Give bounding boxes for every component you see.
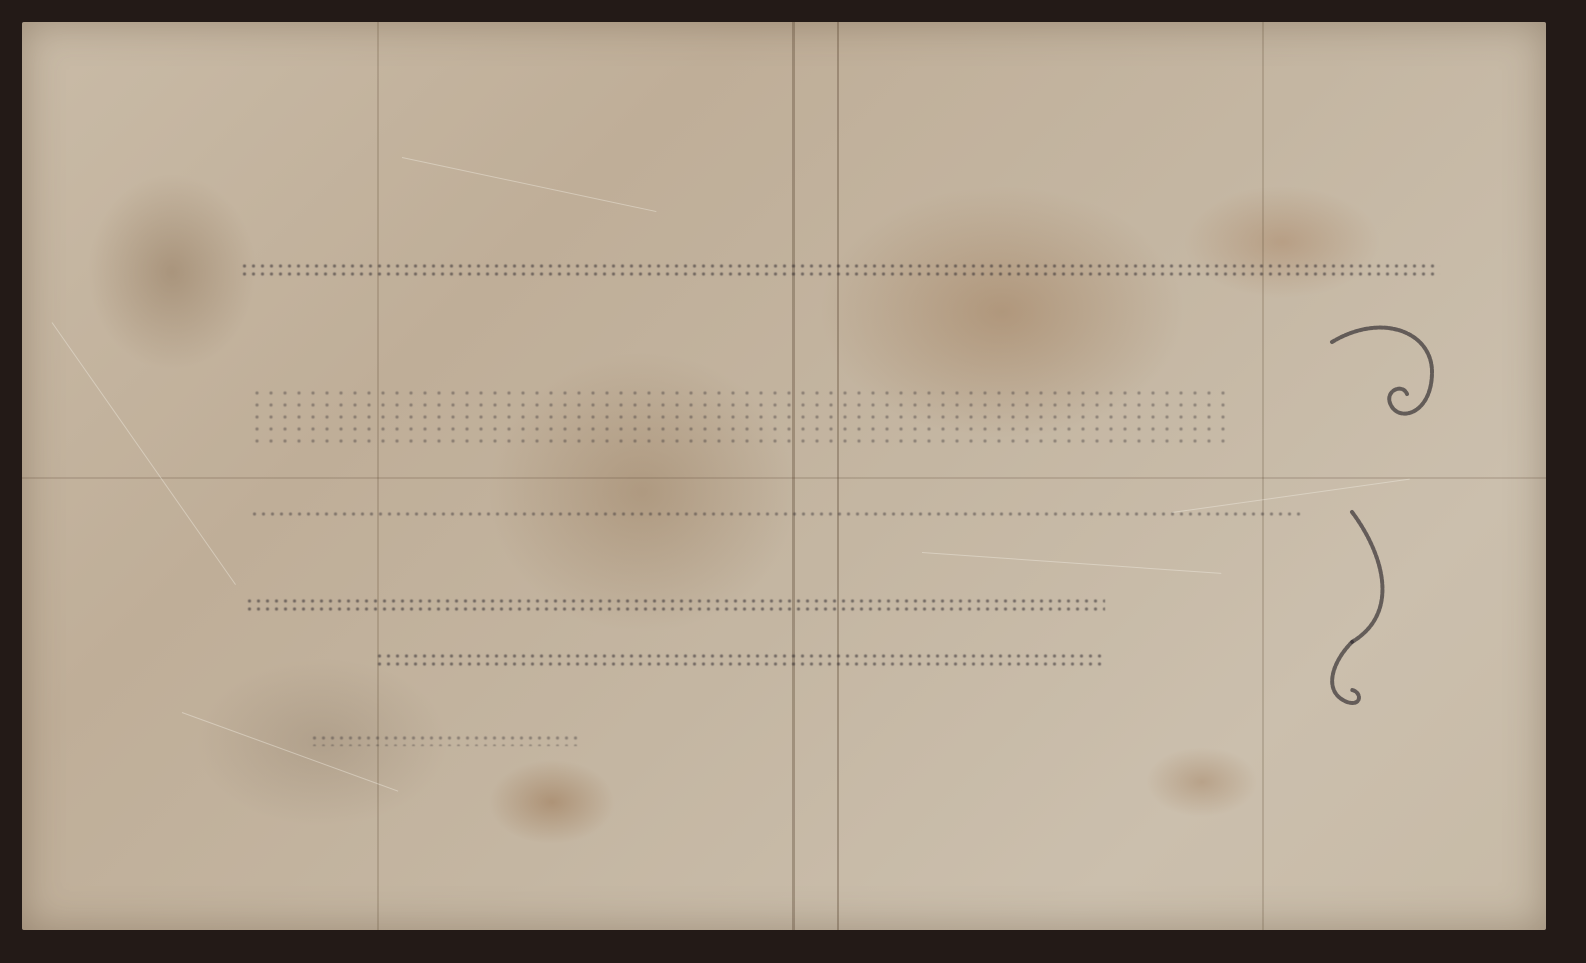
ornamental-capital-flourish: [1292, 312, 1492, 732]
show-through-text-line: [250, 510, 1300, 520]
show-through-text-line-large: [250, 387, 1230, 447]
crease: [402, 157, 657, 212]
show-through-text-line: [375, 652, 1105, 670]
show-through-text-line: [310, 734, 580, 746]
vertical-fold: [377, 22, 379, 930]
show-through-text-line: [240, 262, 1440, 276]
crease: [52, 322, 236, 585]
vertical-fold: [1262, 22, 1264, 930]
vertical-fold: [792, 22, 795, 930]
show-through-text-line: [245, 597, 1105, 615]
vertical-fold: [837, 22, 839, 930]
photo-stage: [0, 0, 1586, 963]
banknote-reverse: [22, 22, 1546, 930]
crease: [922, 552, 1221, 574]
crease: [182, 712, 398, 792]
